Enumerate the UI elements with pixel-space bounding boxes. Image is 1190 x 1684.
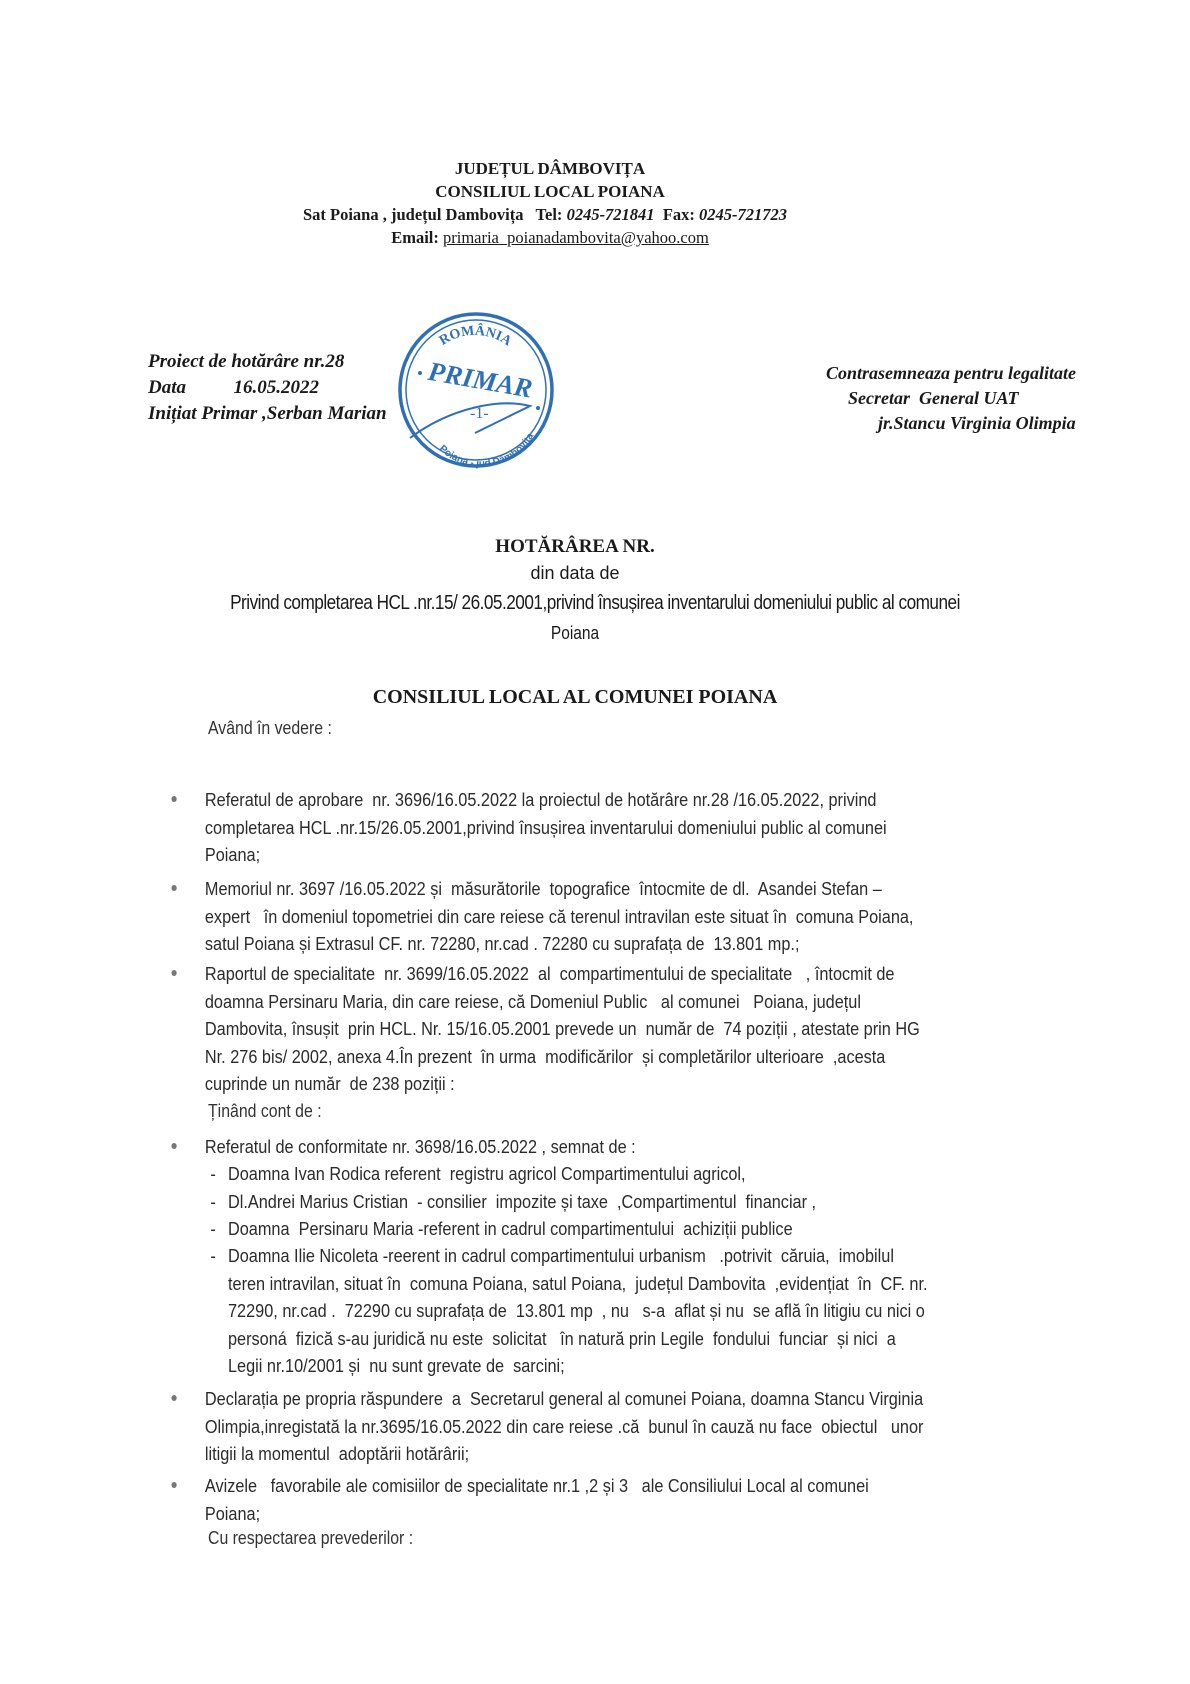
text-line: Dambovita, însușit prin HCL. Nr. 15/16.0… — [205, 1015, 1089, 1043]
text-line: Poiana; — [205, 841, 1089, 869]
fax-label: Fax: — [663, 205, 695, 224]
bullet-icon — [171, 1482, 176, 1488]
bullet-icon — [171, 796, 176, 802]
date-label: Data — [148, 377, 186, 398]
text-line: personá fizică s-au juridică nu este sol… — [228, 1325, 1126, 1353]
text-line: Doamna Persinaru Maria -referent in cadr… — [228, 1215, 1126, 1243]
text-line: litigii la momentul adoptării hotărârii; — [205, 1440, 1089, 1468]
text-line: Raportul de specialitate nr. 3699/16.05.… — [205, 960, 1089, 988]
secretary-name: jr.Stancu Virginia Olimpia — [826, 411, 1076, 436]
signer-item: -Doamna Persinaru Maria -referent in cad… — [228, 1215, 1126, 1243]
text-line: Avizele favorabile ale comisiilor de spe… — [205, 1472, 1089, 1500]
date-value: 16.05.2022 — [234, 377, 320, 398]
email-line: Email: primaria_poianadambovita@yahoo.co… — [0, 227, 1145, 248]
preamble-item: Raportul de specialitate nr. 3699/16.05.… — [182, 960, 1088, 1098]
conformity-item: Referatul de conformitate nr. 3698/16.05… — [182, 1133, 1088, 1161]
considering-lead: Ținând cont de : — [208, 1101, 322, 1122]
text-line: expert în domeniul topometriei din care … — [205, 903, 1089, 931]
text-line: cuprinde un număr de 238 poziții : — [205, 1070, 1089, 1098]
secretary-title: Secretar General UAT — [826, 386, 1076, 411]
preamble-item: Declarația pe propria răspundere a Secre… — [182, 1385, 1088, 1468]
preamble-item: Referatul de aprobare nr. 3696/16.05.202… — [182, 786, 1088, 869]
address: Sat Poiana , județul Dambovița — [303, 205, 523, 224]
council-heading-body: CONSILIUL LOCAL AL COMUNEI POIANA — [0, 686, 1170, 709]
mayor-stamp-icon: ROMÂNIA PRIMAR -1- Poiana - jud.Dâmboviț… — [390, 308, 560, 473]
text-line: teren intravilan, situat în comuna Poian… — [228, 1270, 1126, 1298]
tel-value: 0245-721841 — [567, 205, 655, 224]
contact-line: Sat Poiana , județul Dambovița Tel: 0245… — [0, 204, 1140, 225]
signer-item: -Doamna Ilie Nicoleta -reerent in cadrul… — [228, 1242, 1126, 1380]
decision-subject: Privind completarea HCL .nr.15/ 26.05.20… — [83, 592, 1106, 615]
county-heading: JUDEȚUL DÂMBOVIȚA — [0, 158, 1145, 179]
preamble-lead: Având în vedere : — [208, 718, 332, 739]
project-info: Proiect de hotărâre nr.28 Data 16.05.202… — [148, 349, 387, 427]
text-line: Dl.Andrei Marius Cristian - consilier im… — [228, 1188, 1126, 1216]
project-initiator: Inițiat Primar ,Serban Marian — [148, 401, 387, 427]
preamble-item: Memoriul nr. 3697 /16.05.2022 și măsurăt… — [182, 875, 1088, 958]
signer-item: -Dl.Andrei Marius Cristian - consilier i… — [228, 1188, 1126, 1216]
bullet-icon — [171, 1143, 176, 1149]
text-line: Doamna Ivan Rodica referent registru agr… — [228, 1160, 1126, 1188]
email-label: Email: — [391, 228, 439, 247]
closing-lead: Cu respectarea prevederilor : — [208, 1528, 413, 1549]
svg-text:PRIMAR: PRIMAR — [425, 356, 535, 404]
bullet-icon — [171, 1395, 176, 1401]
text-line: Doamna Ilie Nicoleta -reerent in cadrul … — [228, 1242, 1126, 1270]
text-line: Referatul de aprobare nr. 3696/16.05.202… — [205, 786, 1089, 814]
text-line: Legii nr.10/2001 și nu sunt grevate de s… — [228, 1352, 1126, 1380]
text-line: Olimpia,inregistată la nr.3695/16.05.202… — [205, 1413, 1089, 1441]
text-line: Memoriul nr. 3697 /16.05.2022 și măsurăt… — [205, 875, 1089, 903]
text-line: Declarația pe propria răspundere a Secre… — [205, 1385, 1089, 1413]
text-line: completarea HCL .nr.15/26.05.2001,privin… — [205, 814, 1089, 842]
text-line: Nr. 276 bis/ 2002, anexa 4.În prezent în… — [205, 1043, 1089, 1071]
bullet-icon — [171, 970, 176, 976]
decision-date-line: din data de — [0, 563, 1170, 584]
decision-subject-cont: Poiana — [63, 623, 1086, 644]
text-line: Poiana; — [205, 1500, 1089, 1528]
council-heading: CONSILIUL LOCAL POIANA — [0, 181, 1145, 202]
decision-title: HOTĂRÂREA NR. — [0, 536, 1170, 558]
project-date: Data 16.05.2022 — [148, 375, 387, 401]
text-line: 72290, nr.cad . 72290 cu suprafața de 13… — [228, 1297, 1126, 1325]
text-line: satul Poiana și Extrasul CF. nr. 72280, … — [205, 930, 1089, 958]
fax-value: 0245-721723 — [699, 205, 787, 224]
countersign-block: Contrasemneaza pentru legalitate Secreta… — [826, 361, 1076, 436]
email-link[interactable]: primaria_poianadambovita@yahoo.com — [443, 228, 709, 247]
project-number: Proiect de hotărâre nr.28 — [148, 349, 387, 375]
countersign-line: Contrasemneaza pentru legalitate — [826, 361, 1076, 386]
text-line: doamna Persinaru Maria, din care reiese,… — [205, 988, 1089, 1016]
bullet-icon — [171, 885, 176, 891]
tel-label: Tel: — [536, 205, 563, 224]
preamble-item: Avizele favorabile ale comisiilor de spe… — [182, 1472, 1088, 1527]
signer-item: -Doamna Ivan Rodica referent registru ag… — [228, 1160, 1126, 1188]
conformity-text: Referatul de conformitate nr. 3698/16.05… — [182, 1133, 1088, 1161]
